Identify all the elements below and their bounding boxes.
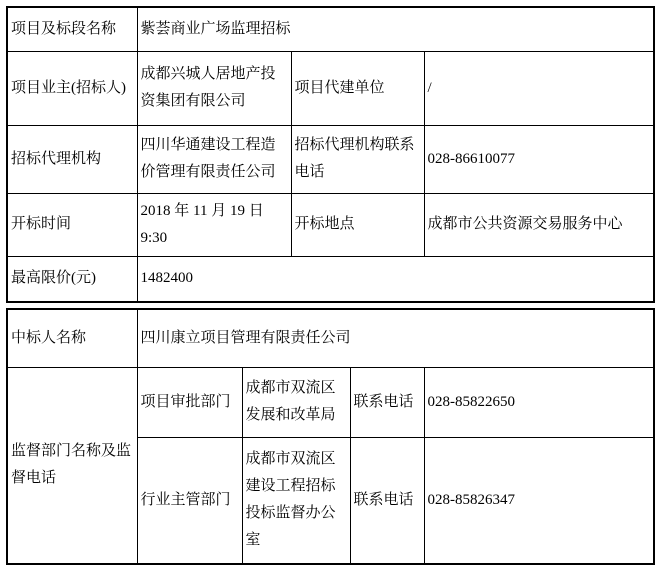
agency-phone-label: 招标代理机构联系电话 bbox=[291, 125, 424, 193]
agency-phone-value: 028-86610077 bbox=[424, 125, 654, 193]
result-supervision-table: 中标人名称 四川康立项目管理有限责任公司 监督部门名称及监督电话 项目审批部门 … bbox=[6, 308, 655, 565]
industry-phone-label: 联系电话 bbox=[350, 437, 424, 564]
bid-open-place-label: 开标地点 bbox=[291, 193, 424, 256]
approval-phone-label: 联系电话 bbox=[350, 367, 424, 437]
industry-dept-value: 成都市双流区建设工程招标投标监督办公室 bbox=[242, 437, 350, 564]
agency-value: 四川华通建设工程造价管理有限责任公司 bbox=[137, 125, 291, 193]
winner-label: 中标人名称 bbox=[7, 309, 137, 367]
max-price-label: 最高限价(元) bbox=[7, 256, 137, 302]
approval-dept-label: 项目审批部门 bbox=[137, 367, 242, 437]
owner-label: 项目业主(招标人) bbox=[7, 51, 137, 125]
bid-open-place-value: 成都市公共资源交易服务中心 bbox=[424, 193, 654, 256]
max-price-value: 1482400 bbox=[137, 256, 654, 302]
industry-phone-value: 028-85826347 bbox=[424, 437, 654, 564]
row-winner: 中标人名称 四川康立项目管理有限责任公司 bbox=[7, 309, 654, 367]
agency-label: 招标代理机构 bbox=[7, 125, 137, 193]
approval-dept-value: 成都市双流区发展和改革局 bbox=[242, 367, 350, 437]
project-name-label: 项目及标段名称 bbox=[7, 7, 137, 51]
row-agency: 招标代理机构 四川华通建设工程造价管理有限责任公司 招标代理机构联系电话 028… bbox=[7, 125, 654, 193]
announcement-page: 项目及标段名称 紫荟商业广场监理招标 项目业主(招标人) 成都兴城人居地产投资集… bbox=[0, 0, 659, 565]
project-name-value: 紫荟商业广场监理招标 bbox=[137, 7, 654, 51]
build-agent-value: / bbox=[424, 51, 654, 125]
industry-dept-label: 行业主管部门 bbox=[137, 437, 242, 564]
row-supervision-approval: 监督部门名称及监督电话 项目审批部门 成都市双流区发展和改革局 联系电话 028… bbox=[7, 367, 654, 437]
owner-value: 成都兴城人居地产投资集团有限公司 bbox=[137, 51, 291, 125]
row-owner: 项目业主(招标人) 成都兴城人居地产投资集团有限公司 项目代建单位 / bbox=[7, 51, 654, 125]
bid-open-time-value: 2018 年 11 月 19 日 9:30 bbox=[137, 193, 291, 256]
row-project: 项目及标段名称 紫荟商业广场监理招标 bbox=[7, 7, 654, 51]
bid-open-time-label: 开标时间 bbox=[7, 193, 137, 256]
row-max-price: 最高限价(元) 1482400 bbox=[7, 256, 654, 302]
tender-info-table: 项目及标段名称 紫荟商业广场监理招标 项目业主(招标人) 成都兴城人居地产投资集… bbox=[6, 6, 655, 303]
supervision-label: 监督部门名称及监督电话 bbox=[7, 367, 137, 564]
winner-value: 四川康立项目管理有限责任公司 bbox=[137, 309, 654, 367]
approval-phone-value: 028-85822650 bbox=[424, 367, 654, 437]
build-agent-label: 项目代建单位 bbox=[291, 51, 424, 125]
row-bid-opening: 开标时间 2018 年 11 月 19 日 9:30 开标地点 成都市公共资源交… bbox=[7, 193, 654, 256]
